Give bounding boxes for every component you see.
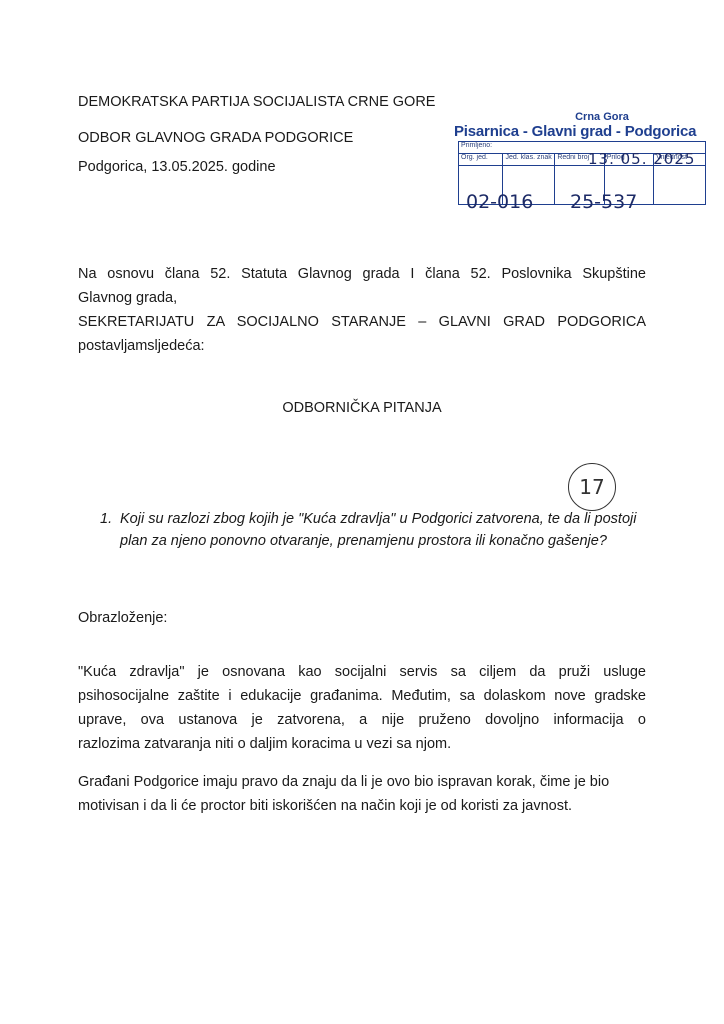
question-number: 1. [100, 508, 112, 530]
rationale-line: uprave, ova ustanova je zatvorena, a nij… [78, 708, 646, 732]
intro-line: Na osnovu člana 52. Statuta Glavnog grad… [78, 262, 646, 286]
rationale-line: razlozima zatvaranja niti o daljim korac… [78, 732, 646, 756]
registry-stamp: Crna Gora Pisarnica - Glavni grad - Podg… [458, 112, 706, 205]
intro-line: postavljamsljedeća: [78, 334, 646, 358]
stamp-received-date: 13. 05. 2025 [588, 150, 695, 168]
document-page: DEMOKRATSKA PARTIJA SOCIJALISTA CRNE GOR… [0, 0, 724, 1024]
intro-line: Glavnog grada, [78, 286, 646, 310]
rationale-heading: Obrazloženje: [78, 610, 167, 626]
stamp-number-value: 25-537 [570, 191, 637, 213]
intro-paragraph: Na osnovu člana 52. Statuta Glavnog grad… [78, 262, 646, 358]
rationale-line: "Kuća zdravlja" je osnovana kao socijaln… [78, 660, 646, 684]
party-name: DEMOKRATSKA PARTIJA SOCIJALISTA CRNE GOR… [78, 92, 435, 112]
rationale-paragraph-1: "Kuća zdravlja" je osnovana kao socijaln… [78, 660, 646, 756]
addressee-line: SEKRETARIJATU ZA SOCIJALNO STARANJE – GL… [78, 310, 646, 334]
rationale-paragraph-2: Građani Podgorice imaju pravo da znaju d… [78, 770, 646, 818]
stamp-col-org: Org. jed. [459, 154, 503, 166]
stamp-country: Crna Gora [498, 112, 706, 123]
rationale-line: psihosocijalne zaštite i edukacije građa… [78, 684, 646, 708]
date-line: Podgorica, 13.05.2025. godine [78, 157, 276, 177]
stamp-org-unit-value: 02-016 [466, 191, 533, 213]
stamp-col-class: Jed. klas. znak [503, 154, 555, 166]
board-name: ODBOR GLAVNOG GRADA PODGORICE [78, 128, 353, 148]
stamp-office: Pisarnica - Glavni grad - Podgorica [454, 123, 706, 140]
handwritten-circled-number: 17 [568, 463, 616, 511]
document-title: ODBORNIČKA PITANJA [0, 400, 724, 416]
question-text: Koji su razlozi zbog kojih je "Kuća zdra… [120, 508, 648, 552]
